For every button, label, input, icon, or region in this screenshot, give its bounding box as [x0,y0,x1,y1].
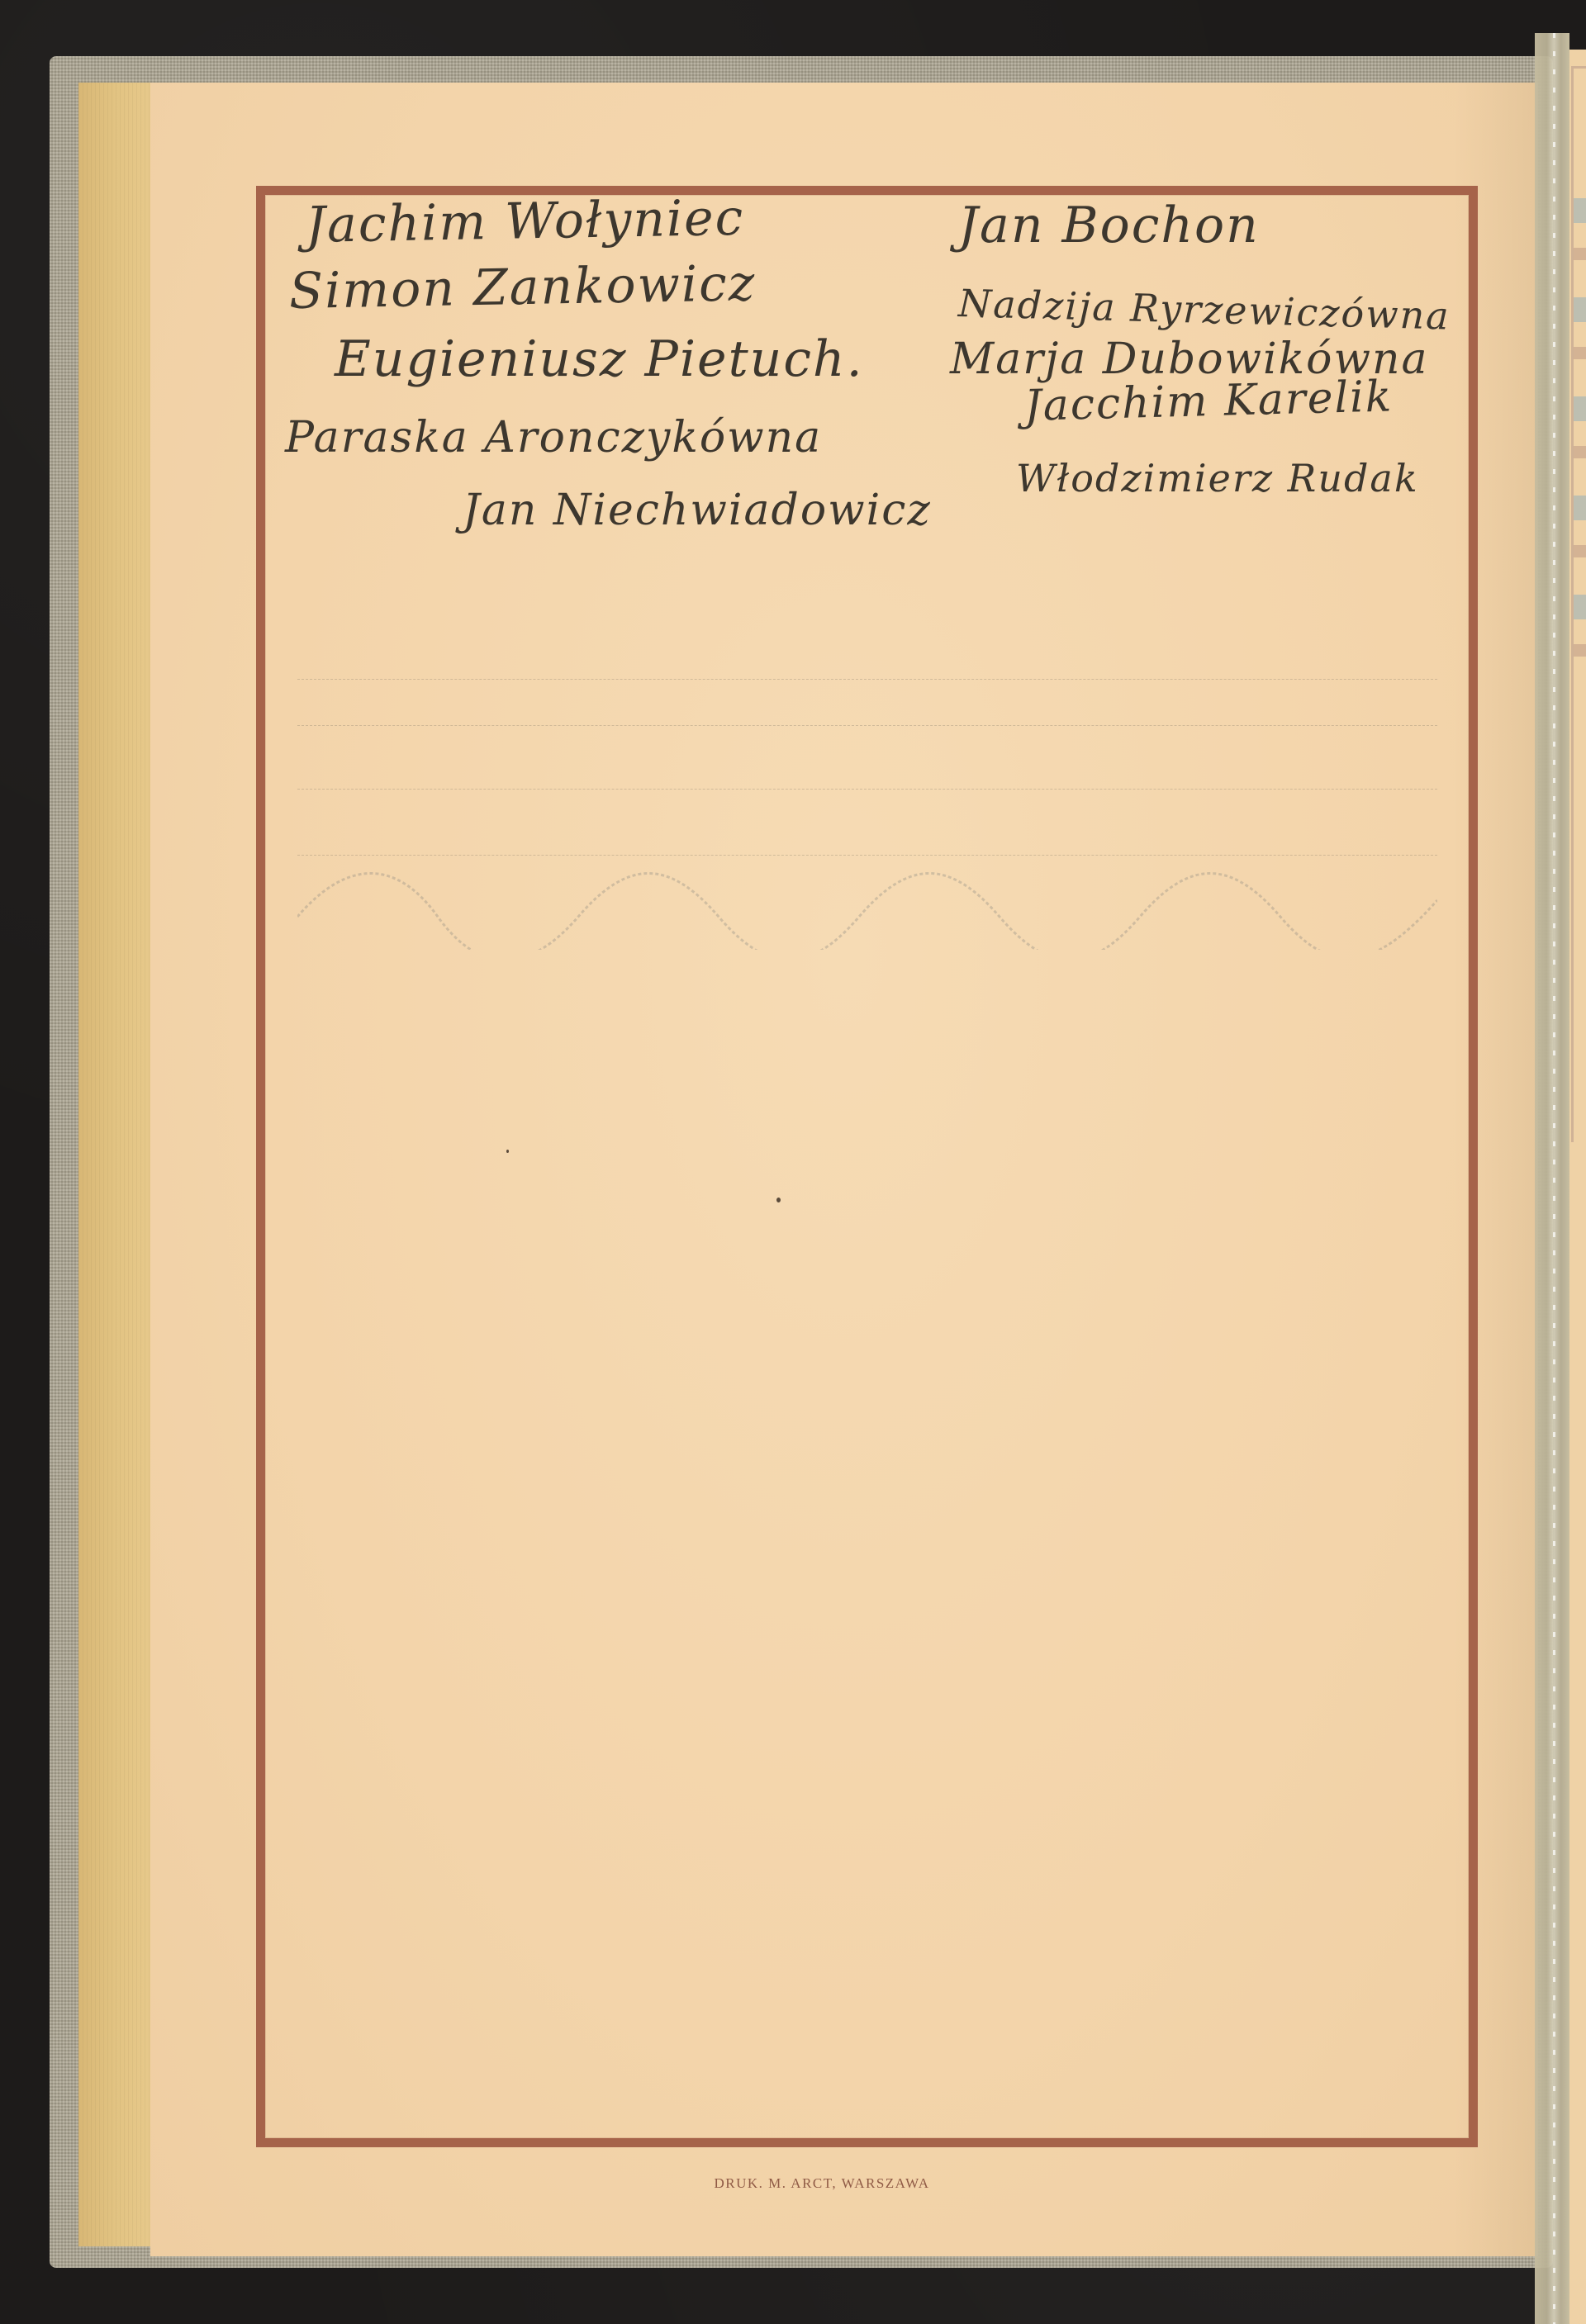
page-edges-stack [78,83,154,2246]
facing-page-decorative-letters [1574,198,1586,694]
ink-speck [776,1198,781,1202]
signature-right-1: Jan Bochon [958,197,1260,254]
spine-highlight [1553,33,1555,2324]
signature-left-5: Jan Niechwiadowicz [463,486,932,535]
signature-left-4: Parask­a Aronczykówna [285,413,822,462]
ink-speck [506,1150,509,1153]
signature-right-5: Włodzimierz Rudak [1016,456,1419,500]
bleed-through-line [297,789,1437,790]
signature-left-2: Simon Zankowicz [288,254,757,320]
bleed-through-line [297,679,1437,680]
signature-left-3: Eugieniusz Pietuch. [335,330,864,388]
signature-left-1: Jachim Wołyniec [305,189,744,254]
bleed-through-wave-ornament [297,867,1437,950]
bleed-through-line [297,855,1437,856]
spine-plastic-sleeve [1535,33,1569,2324]
printer-imprint: DRUK. M. ARCT, WARSZAWA [0,2175,1586,2192]
bleed-through-line [297,725,1437,726]
signature-right-4: Jacchim Karelik [1023,372,1394,431]
